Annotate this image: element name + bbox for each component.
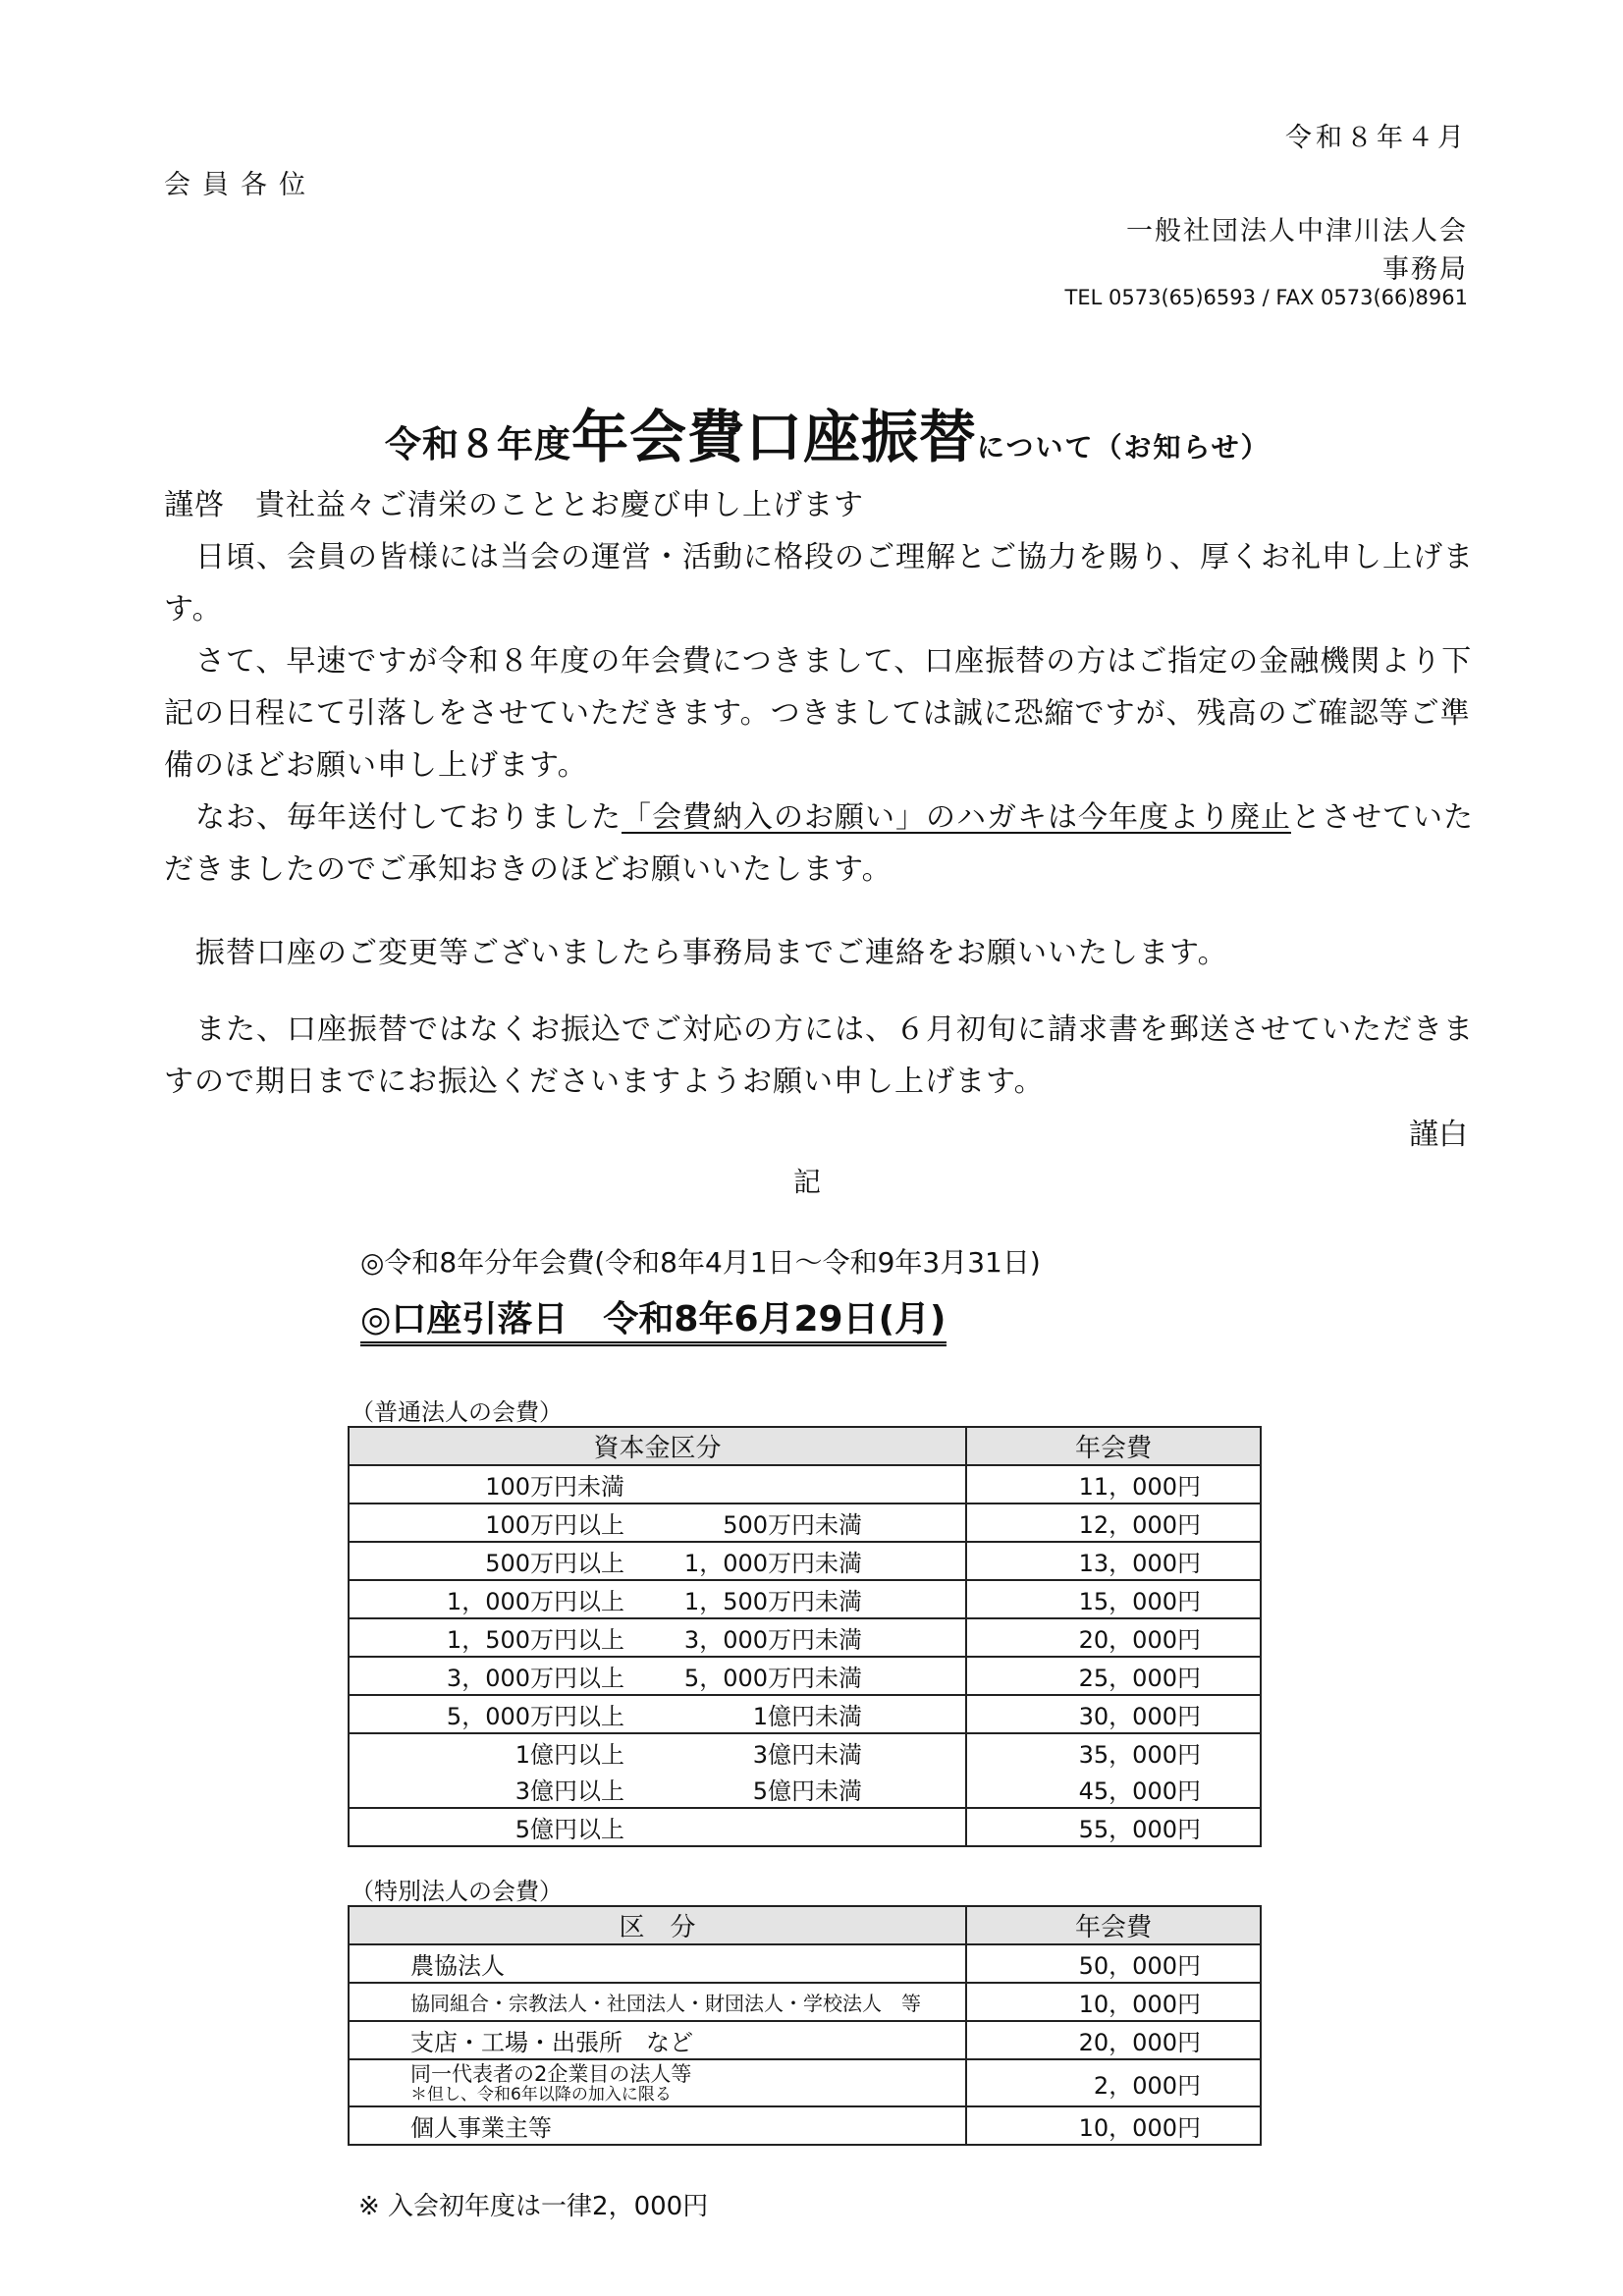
title-suffix: について（お知らせ）	[977, 431, 1271, 464]
paragraph-4: 振替口座のご変更等ございましたら事務局までご連絡をお願いいたします。	[164, 927, 1480, 979]
header-category: 区 分	[349, 1906, 966, 1944]
paragraph-5: また、口座振替ではなくお振込でご対応の方には、６月初旬に請求書を郵送させていただ…	[164, 1004, 1480, 1108]
table-row: 500万円以上1，000万円未満13，000円	[349, 1542, 1261, 1580]
table-row: 3，000万円以上5，000万円未満25，000円	[349, 1657, 1261, 1695]
title-prefix: 令和８年度	[385, 423, 571, 465]
table-row: 1，500万円以上3，000万円未満20，000円	[349, 1618, 1261, 1657]
table-row: 5，000万円以上1億円未満30，000円	[349, 1695, 1261, 1733]
sender-office: 事務局	[1382, 247, 1468, 286]
ki-heading: 記	[793, 1161, 821, 1200]
addressee: 会員各位	[164, 163, 317, 201]
table-row: 個人事業主等10，000円	[349, 2106, 1261, 2145]
regular-table-label: （普通法人の会費）	[351, 1393, 563, 1427]
contact-info: TEL 0573(65)6593 / FAX 0573(66)8961	[1065, 286, 1468, 309]
table-header: 区 分 年会費	[349, 1906, 1261, 1944]
paragraph-2: さて、早速ですが令和８年度の年会費につきまして、口座振替の方はご指定の金融機関よ…	[164, 635, 1480, 792]
body-text: 謹啓 貴社益々ご清栄のこととお慶び申し上げます 日頃、会員の皆様には当会の運営・…	[164, 479, 1480, 896]
greeting: 謹啓 貴社益々ご清栄のこととお慶び申し上げます	[164, 479, 1480, 531]
table-row: 同一代表者の2企業目の法人等＊但し、令和6年以降の加入に限る2，000円	[349, 2059, 1261, 2106]
document-date: 令和８年４月	[1285, 116, 1468, 154]
header-fee: 年会費	[966, 1906, 1261, 1944]
table-row: 5億円以上55，000円	[349, 1808, 1261, 1846]
table-row: 1億円以上3億円未満35，000円	[349, 1733, 1261, 1771]
paragraph-3: なお、毎年送付しておりました「会費納入のお願い」のハガキは今年度より廃止とさせて…	[164, 792, 1480, 896]
paragraph-1: 日頃、会員の皆様には当会の運営・活動に格段のご理解とご協力を賜り、厚くお礼申し上…	[164, 531, 1480, 635]
debit-date: ◎口座引落日 令和8年6月29日(月)	[360, 1300, 947, 1346]
table-row: 100万円以上500万円未満12，000円	[349, 1503, 1261, 1542]
table-row: 協同組合・宗教法人・社団法人・財団法人・学校法人 等10，000円	[349, 1983, 1261, 2021]
body-text-3: また、口座振替ではなくお振込でご対応の方には、６月初旬に請求書を郵送させていただ…	[164, 1004, 1480, 1108]
special-table-label: （特別法人の会費）	[351, 1872, 563, 1906]
table-row: 支店・工場・出張所 など20，000円	[349, 2021, 1261, 2059]
paragraph-3-start: なお、毎年送付しておりました	[195, 800, 622, 835]
footnote: ※ 入会初年度は一律2，000円	[358, 2186, 708, 2222]
body-text-2: 振替口座のご変更等ございましたら事務局までご連絡をお願いいたします。	[164, 927, 1480, 979]
document-title: 令和８年度年会費口座振替について（お知らせ）	[385, 391, 1271, 473]
table-row: 100万円未満11，000円	[349, 1465, 1261, 1503]
table-row: 3億円以上5億円未満45，000円	[349, 1771, 1261, 1808]
special-fee-table: 区 分 年会費 農協法人50，000円 協同組合・宗教法人・社団法人・財団法人・…	[348, 1905, 1262, 2146]
regular-fee-table: 資本金区分 年会費 100万円未満11，000円 100万円以上500万円未満1…	[348, 1426, 1262, 1847]
paragraph-3-underlined: 「会費納入のお願い」のハガキは今年度より廃止	[622, 800, 1291, 835]
table-row: 農協法人50，000円	[349, 1944, 1261, 1983]
table-row: 1，000万円以上1，500万円未満15，000円	[349, 1580, 1261, 1618]
closing: 謹白	[1409, 1110, 1468, 1153]
table-header: 資本金区分 年会費	[349, 1427, 1261, 1465]
header-fee: 年会費	[966, 1427, 1261, 1465]
sender-organization: 一般社団法人中津川法人会	[1126, 209, 1468, 247]
header-capital: 資本金区分	[349, 1427, 966, 1465]
fee-period: ◎令和8年分年会費(令和8年4月1日～令和9年3月31日)	[360, 1241, 1041, 1281]
title-main: 年会費口座振替	[571, 404, 977, 470]
